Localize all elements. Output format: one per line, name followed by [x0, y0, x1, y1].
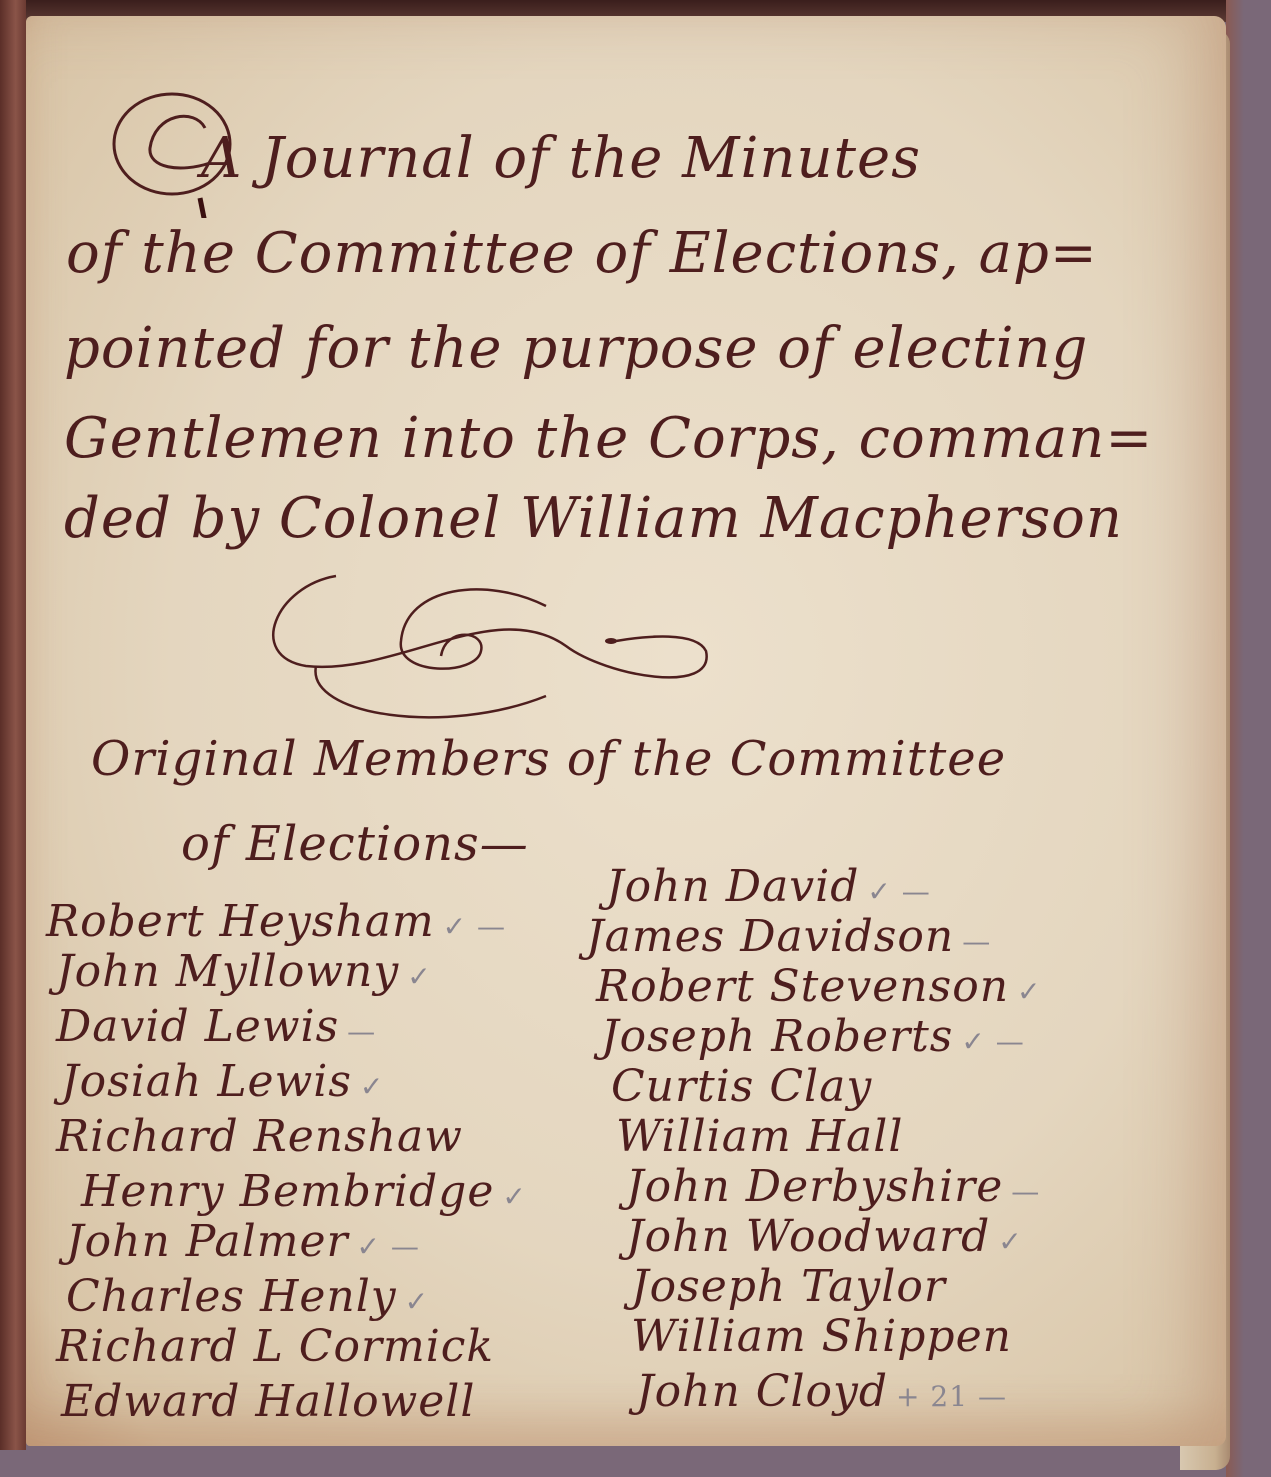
heading-line-2: of Elections— — [181, 816, 529, 872]
title-line-3: pointed for the purpose of electing — [64, 316, 1088, 381]
member-name: John Derbyshire— — [626, 1161, 1040, 1212]
member-name: David Lewis— — [56, 1001, 376, 1052]
member-name: Robert Stevenson✓ — [596, 961, 1042, 1012]
member-name: John David✓ — — [606, 861, 931, 912]
member-name: Robert Heysham✓ — — [46, 896, 506, 947]
member-name: Joseph Roberts✓ — — [601, 1011, 1025, 1062]
member-name: John Myllowny✓ — [56, 946, 432, 997]
manuscript-page: A Journal of the Minutes of the Committe… — [26, 16, 1226, 1446]
member-name: Joseph Taylor — [631, 1261, 954, 1312]
member-name: Richard L Cormick — [56, 1321, 502, 1372]
member-name: Richard Renshaw — [56, 1111, 471, 1162]
member-name: James Davidson— — [586, 911, 991, 962]
ornamental-flourish-icon — [246, 556, 726, 726]
member-name: Edward Hallowell — [61, 1376, 483, 1427]
member-name: William Shippen — [631, 1311, 1020, 1362]
title-line-2: of the Committee of Elections, ap= — [66, 221, 1098, 286]
member-name: Henry Bembridge✓ — [81, 1166, 527, 1217]
title-line-5: ded by Colonel William Macpherson — [64, 486, 1123, 551]
member-name: William Hall — [616, 1111, 911, 1162]
heading-line-1: Original Members of the Committee — [91, 731, 1006, 787]
member-name: Curtis Clay — [611, 1061, 880, 1112]
member-name: John Woodward✓ — [626, 1211, 1023, 1262]
member-name: John Palmer✓ — — [66, 1216, 420, 1267]
member-name: Charles Henly✓ — [66, 1271, 429, 1322]
member-name: John Cloyd+ 21 — — [636, 1366, 1007, 1417]
title-line-1: A Journal of the Minutes — [201, 126, 921, 191]
book-binding-right — [1226, 0, 1271, 1477]
title-line-4: Gentlemen into the Corps, comman= — [64, 406, 1153, 471]
book-binding-left — [0, 0, 26, 1450]
member-name: Josiah Lewis✓ — [61, 1056, 384, 1107]
